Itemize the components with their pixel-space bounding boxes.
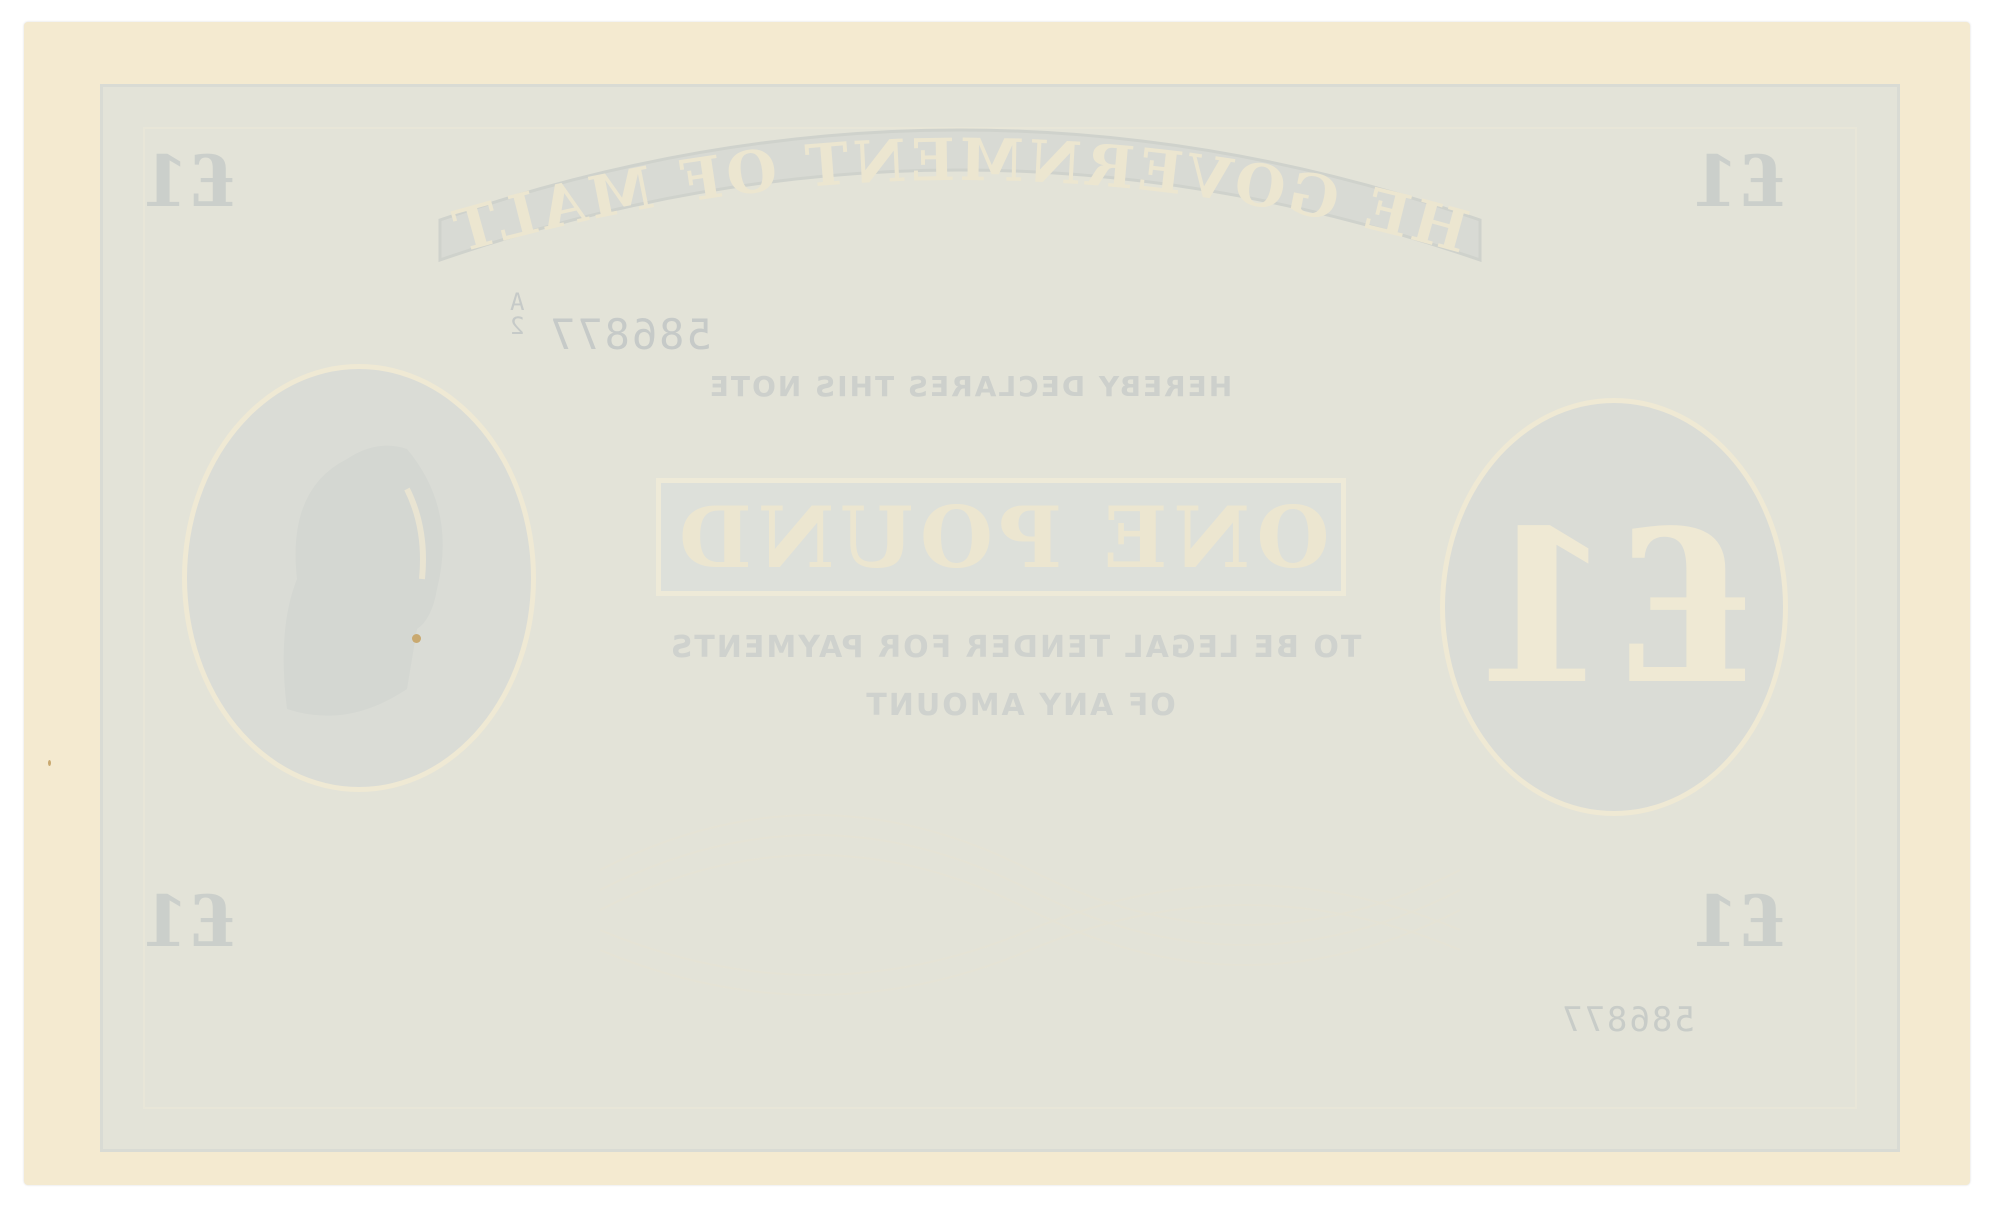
serial-prefix-letter: A xyxy=(508,290,524,314)
serial-number-value: 586877 xyxy=(548,310,712,359)
serial-number-bottom-value: 586877 xyxy=(1560,1000,1695,1040)
serial-prefix: A 2 xyxy=(508,290,524,338)
legal-tender-line: TO BE LEGAL TENDER FOR PAYMENTS xyxy=(620,630,1410,665)
corner-value-top-left: £1 xyxy=(140,140,237,223)
any-amount-line: OF ANY AMOUNT xyxy=(760,688,1280,723)
denomination-panel: ONE POUND xyxy=(656,478,1346,596)
serial-number-bottom: 586877 xyxy=(1560,1000,1695,1040)
serial-number-top: 586877 A 2 xyxy=(548,310,712,359)
issuer-title: THE GOVERNMENT OF MALTA xyxy=(446,120,1490,267)
guilloche-pattern-icon xyxy=(600,760,1460,1020)
pound-emblem: £1 xyxy=(1445,403,1783,811)
monarch-portrait-icon xyxy=(257,429,457,729)
emblem-oval: £1 xyxy=(1440,398,1788,816)
corner-value-top-right: £1 xyxy=(1690,140,1787,223)
declaration-line: HEREBY DECLARES THIS NOTE xyxy=(690,370,1250,403)
portrait-oval xyxy=(182,364,536,792)
svg-text:THE GOVERNMENT OF MALTA: THE GOVERNMENT OF MALTA xyxy=(446,120,1490,267)
issuer-banner: THE GOVERNMENT OF MALTA xyxy=(430,120,1490,270)
corner-value-bottom-right: £1 xyxy=(1690,880,1787,963)
denomination-text: ONE POUND xyxy=(673,488,1329,587)
serial-prefix-number: 2 xyxy=(508,314,524,338)
banner-ribbon-icon: THE GOVERNMENT OF MALTA xyxy=(430,120,1490,270)
foxing-spot xyxy=(412,634,421,643)
foxing-spot xyxy=(48,760,51,766)
corner-value-bottom-left: £1 xyxy=(140,880,237,963)
